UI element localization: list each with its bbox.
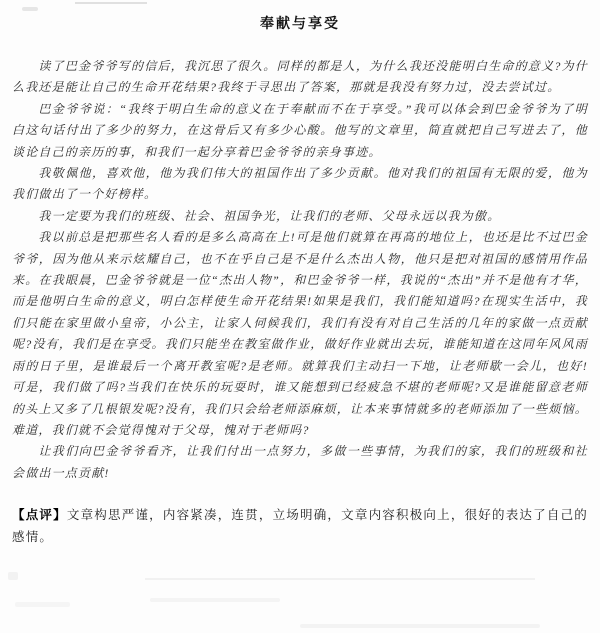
scan-artifact-bottom-3: [15, 602, 70, 607]
essay-paragraph-2: 巴金爷爷说：“我终于明白生命的意义在于奉献而不在于享受。”我可以体会到巴金爷爷为…: [12, 99, 588, 163]
scan-artifact-bottom-1: [145, 578, 535, 580]
essay-paragraph-5: 我以前总是把那些名人看的是多么高高在上!可是他们就算在再高的地位上，也还是比不过…: [12, 227, 588, 441]
essay-paragraph-3: 我敬佩他，喜欢他，他为我们伟大的祖国作出了多少贡献。他对我们的祖国有无限的爱，他…: [12, 163, 588, 206]
review-comment-label: 【点评】: [12, 508, 67, 522]
essay-body: 读了巴金爷爷写的信后，我沉思了很久。同样的都是人，为什么我还没能明白生命的意义?…: [12, 56, 588, 484]
essay-paragraph-6: 让我们向巴金爷爷看齐，让我们付出一点努力，多做一些事情，为我们的家，我们的班级和…: [12, 441, 588, 484]
essay-title: 奉献与享受: [12, 0, 588, 33]
essay-page: 奉献与享受 读了巴金爷爷写的信后，我沉思了很久。同样的都是人，为什么我还没能明白…: [0, 0, 600, 633]
review-comment-text: 文章构思严谨，内容紧凑，连贯，立场明确，文章内容积极向上，很好的表达了自己的感情…: [12, 508, 588, 543]
essay-paragraph-4: 我一定要为我们的班级、社会、祖国争光，让我们的老师、父母永远以我为傲。: [12, 206, 588, 227]
scan-artifact-bottom-2: [150, 598, 280, 602]
review-comment: 【点评】文章构思严谨，内容紧凑，连贯，立场明确，文章内容积极向上，很好的表达了自…: [12, 505, 588, 548]
essay-paragraph-1: 读了巴金爷爷写的信后，我沉思了很久。同样的都是人，为什么我还没能明白生命的意义?…: [12, 56, 588, 99]
scan-artifact-bottom-5: [8, 572, 18, 580]
essay-content: 奉献与享受 读了巴金爷爷写的信后，我沉思了很久。同样的都是人，为什么我还没能明白…: [0, 0, 600, 548]
scan-artifact-bottom-4: [300, 624, 540, 628]
